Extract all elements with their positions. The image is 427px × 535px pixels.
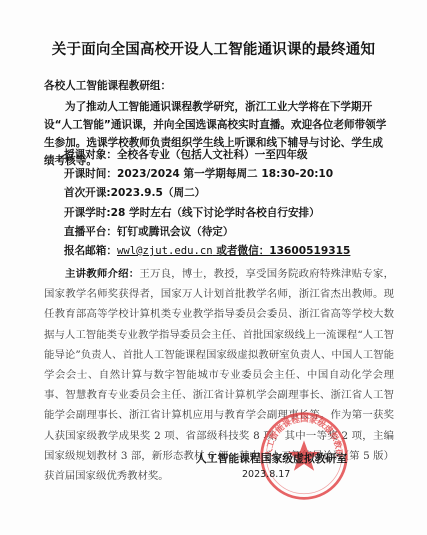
signature-organization: 人工智能课程国家级虚拟教研室 (196, 451, 347, 466)
detail-label: 开课学时: (64, 207, 111, 219)
detail-value: 钉钉或腾讯会议（待定） (117, 226, 234, 238)
document-page: 关于面向全国高校开设人工智能通识课的最终通知 各校人工智能课程教研组： 为了推动… (0, 0, 427, 535)
detail-registration: 报名邮箱：wwl@zjut.edu.cn 或者微信：13600519315 (64, 244, 350, 258)
salutation: 各校人工智能课程教研组： (44, 79, 171, 93)
detail-label: 首次开课: (64, 187, 111, 199)
signature-date: 2023.8.17 (242, 469, 290, 480)
detail-value: 全校各专业（包括人文社科）一至四年级 (117, 149, 308, 161)
detail-hours: 开课学时:28 学时左右（线下讨论学时各校自行安排） (64, 206, 320, 220)
detail-value: 28 学时左右（线下讨论学时各校自行安排） (111, 207, 320, 219)
detail-label: 授课对象： (64, 149, 117, 161)
detail-audience: 授课对象：全校各专业（包括人文社科）一至四年级 (64, 148, 308, 162)
detail-label: 开课时间： (64, 168, 117, 180)
detail-schedule: 开课时间：2023/2024 第一学期每周二 18:30-20:10 (64, 167, 333, 181)
registration-email-link[interactable]: wwl@zjut.edu.cn (117, 245, 213, 257)
lecturer-intro-label: 主讲教师介绍： (65, 268, 139, 280)
detail-platform: 直播平台：钉钉或腾讯会议（待定） (64, 225, 234, 239)
detail-value: 或者微信：13600519315 (213, 245, 351, 257)
detail-label: 报名邮箱： (64, 245, 117, 257)
detail-value: 2023.9.5（周二） (111, 187, 206, 199)
detail-label: 直播平台： (64, 226, 117, 238)
detail-value: 2023/2024 第一学期每周二 18:30-20:10 (117, 168, 333, 180)
document-title: 关于面向全国高校开设人工智能通识课的最终通知 (0, 38, 427, 59)
detail-first-class: 首次开课:2023.9.5（周二） (64, 186, 205, 200)
